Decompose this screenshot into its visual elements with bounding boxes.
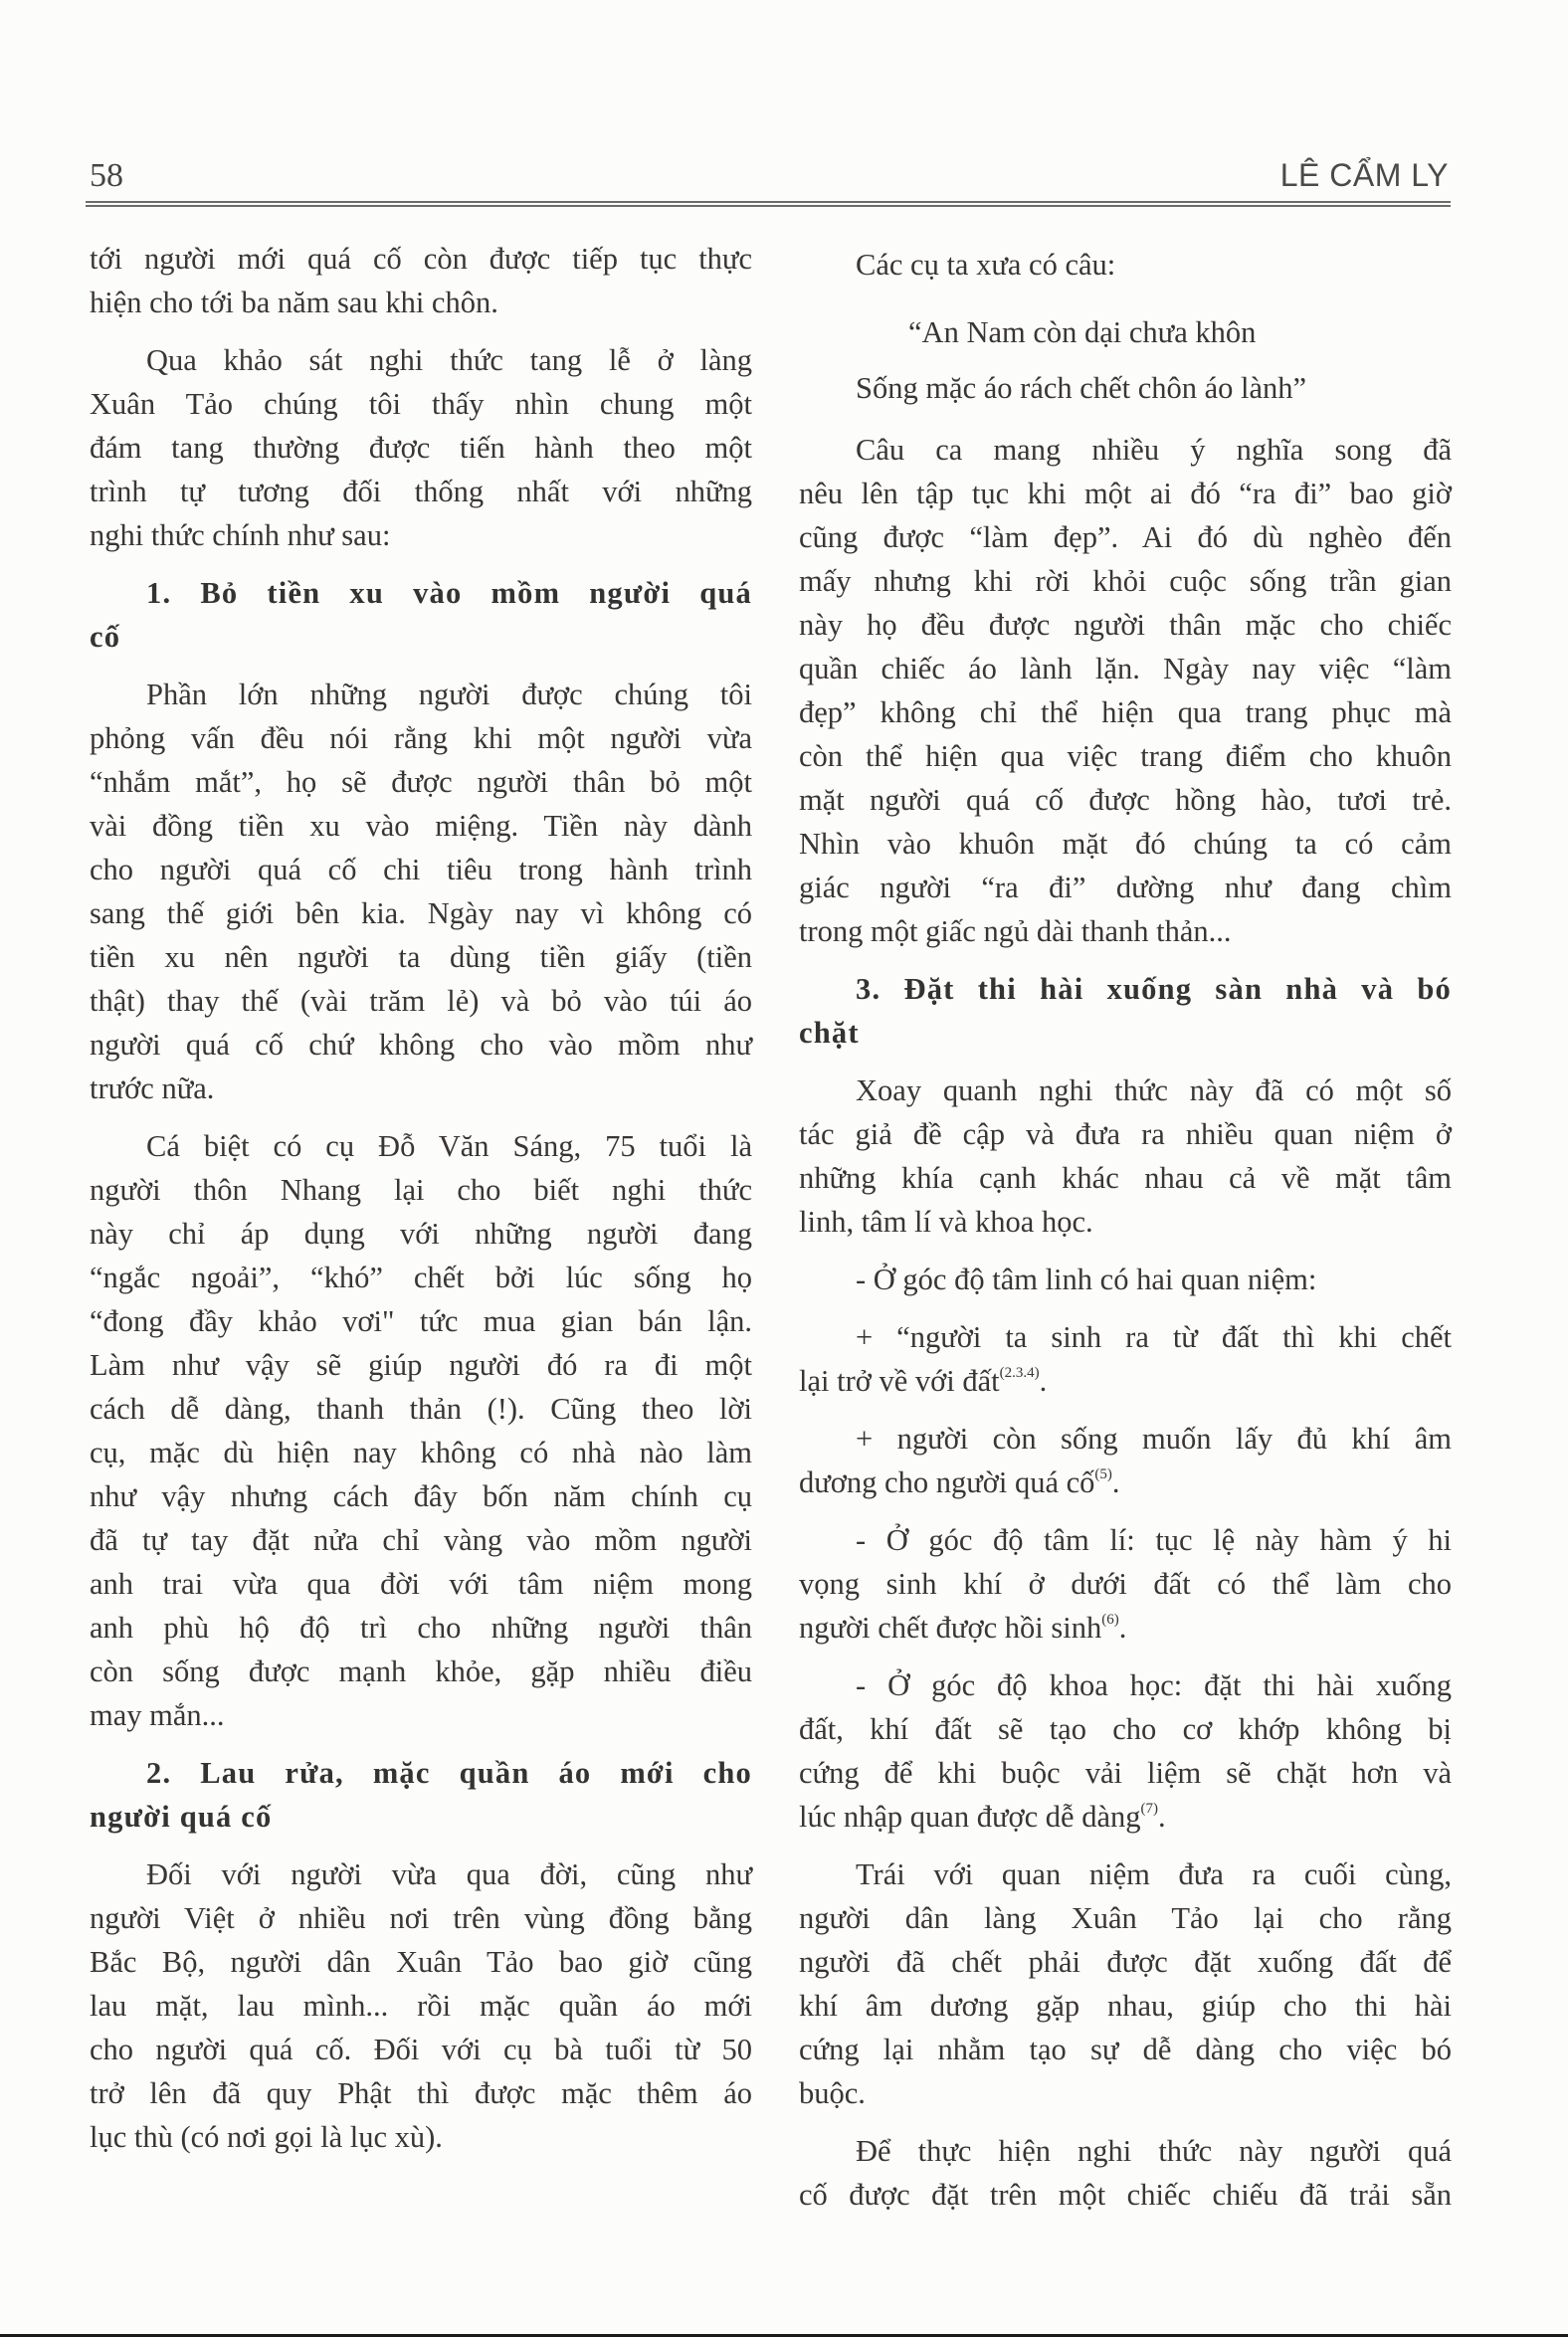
section-heading: 2. Lau rửa, mặc quần áo mới chongười quá… bbox=[90, 1751, 752, 1839]
text-line: quần chiếc áo lành lặn. Ngày nay việc “l… bbox=[799, 647, 1452, 690]
text-line: còn thể hiện qua việc trang điểm cho khu… bbox=[799, 734, 1452, 778]
text-line: người thôn Nhang lại cho biết nghi thức bbox=[90, 1168, 752, 1212]
section-heading: 1. Bỏ tiền xu vào mồm người quácố bbox=[90, 571, 752, 659]
text-line: người dân làng Xuân Tảo lại cho rằng bbox=[799, 1896, 1452, 1940]
text-line: người đã chết phải được đặt xuống đất để bbox=[799, 1940, 1452, 1984]
text-line: - Ở góc độ tâm linh có hai quan niệm: bbox=[799, 1258, 1452, 1301]
text-line: nghi thức chính như sau: bbox=[90, 513, 752, 557]
text-line: chặt bbox=[799, 1011, 1452, 1055]
text-line: Làm như vậy sẽ giúp người đó ra đi một bbox=[90, 1343, 752, 1387]
text-line: người chết được hồi sinh(6). bbox=[799, 1606, 1452, 1650]
text-line: “đong đầy khảo vơi" tức mua gian bán lận… bbox=[90, 1299, 752, 1343]
text-line: Cá biệt có cụ Đỗ Văn Sáng, 75 tuổi là bbox=[90, 1124, 752, 1168]
sentence-end: . bbox=[1040, 1364, 1048, 1398]
text-line: trong một giấc ngủ dài thanh thản... bbox=[799, 909, 1452, 953]
text-line: người quá cố bbox=[90, 1795, 752, 1839]
text-line: cho người quá cố. Đối với cụ bà tuổi từ … bbox=[90, 2028, 752, 2071]
text-line: những khía cạnh khác nhau cả về mặt tâm bbox=[799, 1156, 1452, 1200]
text-line: lại trở về với đất(2.3.4). bbox=[799, 1359, 1452, 1403]
text-line: mặt người quá cố được hồng hào, tươi trẻ… bbox=[799, 778, 1452, 822]
paragraph: tới người mới quá cố còn được tiếp tục t… bbox=[90, 237, 752, 324]
text-line: Nhìn vào khuôn mặt đó chúng ta có cảm bbox=[799, 822, 1452, 866]
paragraph: Đối với người vừa qua đời, cũng nhưngười… bbox=[90, 1852, 752, 2159]
text-line: - Ở góc độ tâm lí: tục lệ này hàm ý hi bbox=[799, 1518, 1452, 1562]
paragraph: Phần lớn những người được chúng tôiphỏng… bbox=[90, 673, 752, 1110]
text-line: - Ở góc độ khoa học: đặt thi hài xuống bbox=[799, 1663, 1452, 1707]
header-rule bbox=[86, 201, 1451, 207]
text-line: Bắc Bộ, người dân Xuân Tảo bao giờ cũng bbox=[90, 1940, 752, 1984]
text-line: sang thế giới bên kia. Ngày nay vì không… bbox=[90, 891, 752, 935]
text-line: Phần lớn những người được chúng tôi bbox=[90, 673, 752, 716]
footnote-reference: (7) bbox=[1140, 1801, 1158, 1817]
text-line: tác giả đề cập và đưa ra nhiều quan niệm… bbox=[799, 1112, 1452, 1156]
paragraph: Xoay quanh nghi thức này đã có một sốtác… bbox=[799, 1069, 1452, 1244]
text-line: này chỉ áp dụng với những người đang bbox=[90, 1212, 752, 1256]
text-line: anh trai vừa qua đời với tâm niệm mong bbox=[90, 1562, 752, 1606]
text-line: Để thực hiện nghi thức này người quá bbox=[799, 2129, 1452, 2173]
text-line: 2. Lau rửa, mặc quần áo mới cho bbox=[90, 1751, 752, 1795]
text-line: vọng sinh khí ở dưới đất có thể làm cho bbox=[799, 1562, 1452, 1606]
paragraph: - Ở góc độ khoa học: đặt thi hài xuốngđấ… bbox=[799, 1663, 1452, 1839]
paragraph: - Ở góc độ tâm lí: tục lệ này hàm ý hivọ… bbox=[799, 1518, 1452, 1650]
text-line: trước nữa. bbox=[90, 1067, 752, 1110]
text-line: Sống mặc áo rách chết chôn áo lành” bbox=[799, 360, 1452, 416]
paragraph: Trái với quan niệm đưa ra cuối cùng,ngườ… bbox=[799, 1852, 1452, 2115]
text-line: dương cho người quá cố(5). bbox=[799, 1461, 1452, 1504]
text-line: cứng để khi buộc vải liệm sẽ chặt hơn và bbox=[799, 1751, 1452, 1795]
text-line: vài đồng tiền xu vào miệng. Tiền này dàn… bbox=[90, 804, 752, 848]
text-line: như vậy nhưng cách đây bốn năm chính cụ bbox=[90, 1474, 752, 1518]
text-line: “ngắc ngoải”, “khó” chết bởi lúc sống họ bbox=[90, 1256, 752, 1299]
verse-block: Các cụ ta xưa có câu: bbox=[799, 237, 1452, 292]
text-line: đã tự tay đặt nửa chỉ vàng vào mồm người bbox=[90, 1518, 752, 1562]
text-line: trở lên đã quy Phật thì được mặc thêm áo bbox=[90, 2071, 752, 2115]
text-line: cố được đặt trên một chiếc chiếu đã trải… bbox=[799, 2173, 1452, 2217]
text-line: 1. Bỏ tiền xu vào mồm người quá bbox=[90, 571, 752, 615]
paragraph: Để thực hiện nghi thức này người quácố đ… bbox=[799, 2129, 1452, 2217]
section-heading: 3. Đặt thi hài xuống sàn nhà và bóchặt bbox=[799, 967, 1452, 1055]
text-line: Xoay quanh nghi thức này đã có một số bbox=[799, 1069, 1452, 1112]
text-line: “nhắm mắt”, họ sẽ được người thân bỏ một bbox=[90, 760, 752, 804]
text-line: thật) thay thế (vài trăm lẻ) và bỏ vào t… bbox=[90, 979, 752, 1023]
verse-block: “An Nam còn dại chưa khônSống mặc áo rác… bbox=[799, 304, 1452, 416]
paragraph: + “người ta sinh ra từ đất thì khi chếtl… bbox=[799, 1315, 1452, 1403]
text-line: tiền xu nên người ta dùng tiền giấy (tiề… bbox=[90, 935, 752, 979]
text-line: giác người “ra đi” dường như đang chìm bbox=[799, 866, 1452, 909]
text-line: nêu lên tập tục khi một ai đó “ra đi” ba… bbox=[799, 472, 1452, 515]
text-line: + “người ta sinh ra từ đất thì khi chết bbox=[799, 1315, 1452, 1359]
text-line: người Việt ở nhiều nơi trên vùng đồng bằ… bbox=[90, 1896, 752, 1940]
text-line: đất, khí đất sẽ tạo cho cơ khớp không bị bbox=[799, 1707, 1452, 1751]
text-line: cố bbox=[90, 615, 752, 659]
text-line: khí âm dương gặp nhau, giúp cho thi hài bbox=[799, 1984, 1452, 2028]
sentence-end: . bbox=[1112, 1465, 1120, 1499]
paragraph: Qua khảo sát nghi thức tang lễ ở làngXuâ… bbox=[90, 338, 752, 557]
text-line: Đối với người vừa qua đời, cũng như bbox=[90, 1852, 752, 1896]
footnote-reference: (5) bbox=[1094, 1466, 1112, 1482]
text-line: cụ, mặc dù hiện nay không có nhà nào làm bbox=[90, 1431, 752, 1474]
paragraph: Cá biệt có cụ Đỗ Văn Sáng, 75 tuổi làngư… bbox=[90, 1124, 752, 1737]
paragraph: - Ở góc độ tâm linh có hai quan niệm: bbox=[799, 1258, 1452, 1301]
left-column: tới người mới quá cố còn được tiếp tục t… bbox=[90, 237, 752, 2173]
text-line: tới người mới quá cố còn được tiếp tục t… bbox=[90, 237, 752, 281]
text-line: này họ đều được người thân mặc cho chiếc bbox=[799, 603, 1452, 647]
text-line: đám tang thường được tiến hành theo một bbox=[90, 426, 752, 470]
text-line: mấy nhưng khi rời khỏi cuộc sống trần gi… bbox=[799, 559, 1452, 603]
text-line: lúc nhập quan được dễ dàng(7). bbox=[799, 1795, 1452, 1839]
text-line: đẹp” không chỉ thể hiện qua trang phục m… bbox=[799, 690, 1452, 734]
text-line: cứng lại nhằm tạo sự dễ dàng cho việc bó bbox=[799, 2028, 1452, 2071]
text-line: anh phù hộ độ trì cho những người thân bbox=[90, 1606, 752, 1650]
text-line: cho người quá cố chi tiêu trong hành trì… bbox=[90, 848, 752, 891]
sentence-end: . bbox=[1158, 1800, 1166, 1834]
text-line: + người còn sống muốn lấy đủ khí âm bbox=[799, 1417, 1452, 1461]
text-line: Trái với quan niệm đưa ra cuối cùng, bbox=[799, 1852, 1452, 1896]
text-line: 3. Đặt thi hài xuống sàn nhà và bó bbox=[799, 967, 1452, 1011]
text-line: Câu ca mang nhiều ý nghĩa song đã bbox=[799, 428, 1452, 472]
text-line: phỏng vấn đều nói rằng khi một người vừa bbox=[90, 716, 752, 760]
text-line: linh, tâm lí và khoa học. bbox=[799, 1200, 1452, 1244]
right-column: Các cụ ta xưa có câu:“An Nam còn dại chư… bbox=[799, 237, 1452, 2231]
text-line: Xuân Tảo chúng tôi thấy nhìn chung một bbox=[90, 382, 752, 426]
text-line: còn sống được mạnh khỏe, gặp nhiều điều bbox=[90, 1650, 752, 1693]
text-line: Các cụ ta xưa có câu: bbox=[799, 237, 1452, 292]
text-line: Qua khảo sát nghi thức tang lễ ở làng bbox=[90, 338, 752, 382]
text-line: may mắn... bbox=[90, 1693, 752, 1737]
text-line: cũng được “làm đẹp”. Ai đó dù nghèo đến bbox=[799, 515, 1452, 559]
text-line: người quá cố chứ không cho vào mồm như bbox=[90, 1023, 752, 1067]
paragraph: + người còn sống muốn lấy đủ khí âmdương… bbox=[799, 1417, 1452, 1504]
sentence-end: . bbox=[1119, 1611, 1127, 1645]
text-line: buộc. bbox=[799, 2071, 1452, 2115]
paragraph: Câu ca mang nhiều ý nghĩa song đãnêu lên… bbox=[799, 428, 1452, 953]
running-head: LÊ CẨM LY bbox=[1280, 157, 1449, 194]
footnote-reference: (6) bbox=[1101, 1612, 1119, 1628]
text-line: “An Nam còn dại chưa khôn bbox=[799, 304, 1452, 360]
footnote-reference: (2.3.4) bbox=[1000, 1365, 1040, 1381]
page-number: 58 bbox=[90, 157, 123, 195]
text-line: lau mặt, lau mình... rồi mặc quần áo mới bbox=[90, 1984, 752, 2028]
text-line: lục thù (có nơi gọi là lục xù). bbox=[90, 2115, 752, 2159]
text-line: cách dễ dàng, thanh thản (!). Cũng theo … bbox=[90, 1387, 752, 1431]
text-line: hiện cho tới ba năm sau khi chôn. bbox=[90, 281, 752, 324]
text-line: trình tự tương đối thống nhất với những bbox=[90, 470, 752, 513]
